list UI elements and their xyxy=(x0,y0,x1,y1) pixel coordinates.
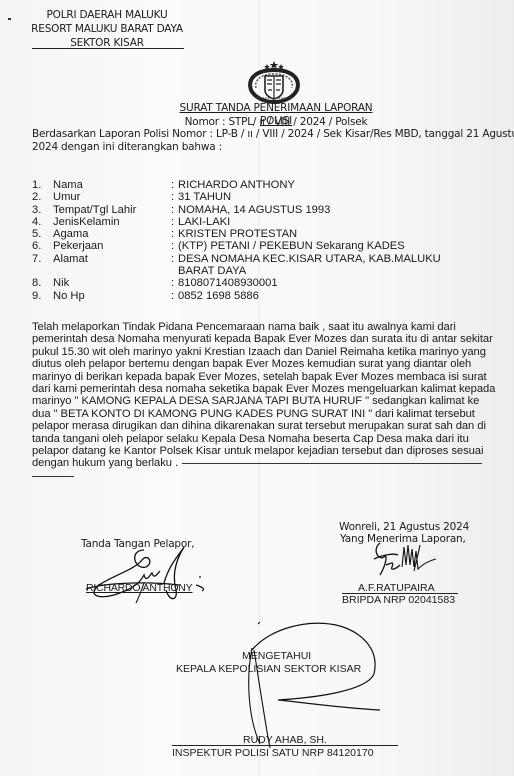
field-value: NOMAHA, 14 AGUSTUS 1993 xyxy=(178,204,330,216)
field-number: 7. xyxy=(32,253,52,265)
field-number: 9. xyxy=(32,290,52,302)
receiver-rank: BRIPDA NRP 02041583 xyxy=(342,594,455,606)
narrative-line: pemerintah desa Nomaha menyurati kepada … xyxy=(32,333,514,345)
field-number: 8. xyxy=(32,277,52,289)
field-number: 2. xyxy=(32,191,52,203)
narrative-line: diutus oleh pelapor bertemu dengan bapak… xyxy=(32,358,514,370)
field-value: 8108071408930001 xyxy=(178,277,278,289)
field-label: Agama xyxy=(53,228,88,240)
intro-line-2: 2024 dengan ini diterangkan bahwa : xyxy=(32,141,514,154)
field-number: 3. xyxy=(32,204,52,216)
field-colon: : xyxy=(171,191,174,203)
stray-mark xyxy=(8,18,11,20)
letterhead-line-1: POLRI DAERAH MALUKU xyxy=(30,8,184,22)
field-colon: : xyxy=(171,253,174,265)
intro-paragraph: Berdasarkan Laporan Polisi Nomor : LP-B … xyxy=(32,128,514,154)
field-value: KRISTEN PROTESTAN xyxy=(178,228,297,240)
field-value: 0852 1698 5886 xyxy=(178,290,259,302)
document-page: POLRI DAERAH MALUKU RESORT MALUKU BARAT … xyxy=(0,0,514,776)
reporter-signature-icon xyxy=(84,545,214,605)
place-date: Wonreli, 21 Agustus 2024 xyxy=(339,521,469,533)
field-label: JenisKelamin xyxy=(53,216,120,228)
field-label: Nik xyxy=(53,277,69,289)
address-line-1: DESA NOMAHA KEC.KISAR UTARA, KAB.MALUKU xyxy=(178,253,441,265)
reporter-name: RICHARDO ANTHONY xyxy=(86,582,192,594)
field-colon: : xyxy=(171,277,174,289)
field-number: 4. xyxy=(32,216,52,228)
field-label: Umur xyxy=(53,191,80,203)
field-colon: : xyxy=(171,204,174,216)
fill-dash-line xyxy=(182,463,482,464)
narrative-line: dua " BETA KONTO DI KAMONG PUNG KADES PU… xyxy=(32,408,514,420)
field-label: Nama xyxy=(53,179,83,191)
narrative-last-line: dengan hukum yang berlaku . xyxy=(32,457,514,469)
field-label: Pekerjaan xyxy=(53,240,103,252)
field-colon: : xyxy=(171,179,174,191)
receiver-signature-icon xyxy=(370,535,450,585)
field-colon: : xyxy=(171,240,174,252)
letterhead-line-2: RESORT MALUKU BARAT DAYA xyxy=(30,22,184,36)
field-value: 31 TAHUN xyxy=(178,191,231,203)
narrative-closing-text: dengan hukum yang berlaku . xyxy=(32,457,178,469)
field-colon: : xyxy=(171,228,174,240)
narrative-line: tanda tangani oleh pelapor selaku Kepala… xyxy=(32,433,514,445)
narrative-line: marinyo di berikan kepada bapak Ever Moz… xyxy=(32,371,514,383)
chief-name-underline xyxy=(172,745,398,746)
letterhead: POLRI DAERAH MALUKU RESORT MALUKU BARAT … xyxy=(30,8,184,50)
narrative-line: pelapor datang ke Kantor Polsek Kisar un… xyxy=(32,445,514,457)
field-value: DESA NOMAHA KEC.KISAR UTARA, KAB.MALUKU … xyxy=(178,253,441,278)
address-line-2: BARAT DAYA xyxy=(178,265,246,277)
police-emblem-icon xyxy=(243,60,305,104)
field-value: LAKI-LAKI xyxy=(178,216,230,228)
narrative-line: dari kami pemerintah desa nomaha seketik… xyxy=(32,383,514,395)
field-label: No Hp xyxy=(53,290,85,302)
narrative-line: pelapor merasa dirugikan dan dihina dika… xyxy=(32,420,514,432)
narrative-line: Telah melaporkan Tindak Pidana Pencemara… xyxy=(32,321,514,333)
intro-line-1: Berdasarkan Laporan Polisi Nomor : LP-B … xyxy=(32,128,514,141)
field-number: 1. xyxy=(32,179,52,191)
field-value: (KTP) PETANI / PEKEBUN Sekarang KADES xyxy=(178,240,405,252)
field-label: Alamat xyxy=(53,253,88,265)
letterhead-underline xyxy=(32,48,184,49)
field-value: RICHARDO ANTHONY xyxy=(178,179,295,191)
narrative-line: pukul 15.30 wit oleh marinyo yakni Krest… xyxy=(32,346,514,358)
field-label: Tempat/Tgl Lahir xyxy=(53,204,136,216)
field-number: 5. xyxy=(32,228,52,240)
report-narrative: Telah melaporkan Tindak Pidana Pencemara… xyxy=(32,321,514,477)
chief-rank: INSPEKTUR POLISI SATU NRP 84120170 xyxy=(172,747,374,759)
fill-dash-short xyxy=(32,476,74,477)
field-number: 6. xyxy=(32,240,52,252)
narrative-line: marinyo " KAMONG KEPALA DESA SARJANA TAP… xyxy=(32,395,514,407)
field-colon: : xyxy=(171,216,174,228)
field-colon: : xyxy=(171,290,174,302)
